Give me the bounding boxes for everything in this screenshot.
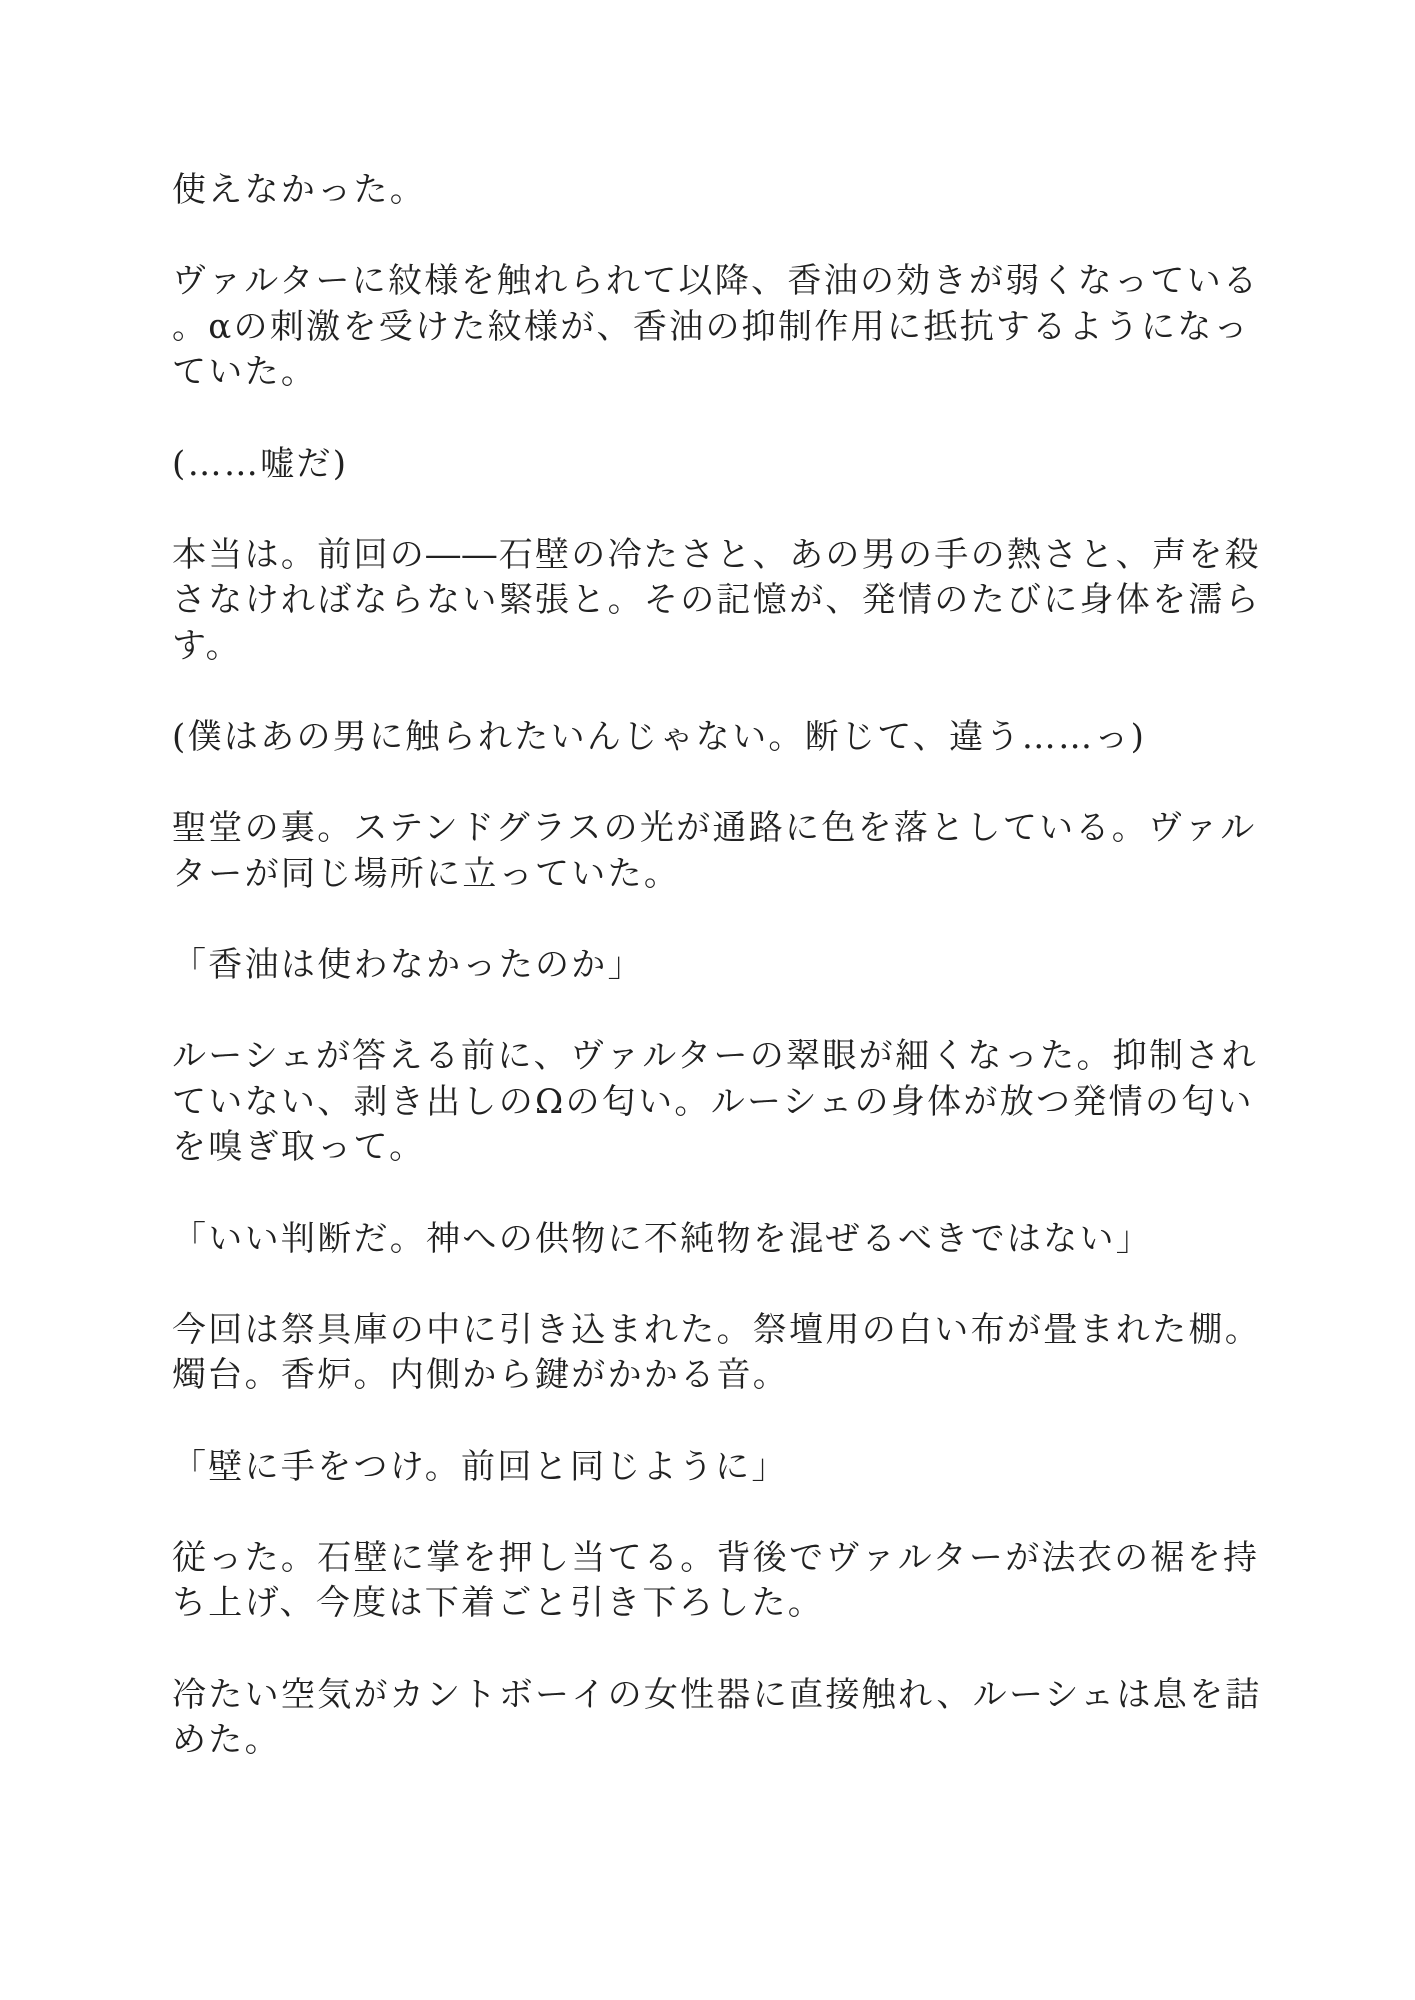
paragraph-narration-1: 使えなかった。 [172,168,1275,214]
paragraph-inner-monologue-2: (僕はあの男に触られたいんじゃない。断じて、違う……っ) [172,715,1275,761]
document-page: 使えなかった。 ヴァルターに紋様を触れられて以降、香油の効きが弱くなっている 。… [0,0,1415,2000]
paragraph-narration-2: ヴァルターに紋様を触れられて以降、香油の効きが弱くなっている 。αの刺激を受けた… [172,259,1275,396]
paragraph-narration-8: 冷たい空気がカントボーイの女性器に直接触れ、ルーシェは息を詰 めた。 [172,1673,1275,1764]
paragraph-narration-5: ルーシェが答える前に、ヴァルターの翠眼が細くなった。抑制され ていない、剥き出し… [172,1034,1275,1171]
paragraph-narration-6: 今回は祭具庫の中に引き込まれた。祭壇用の白い布が畳まれた棚。 燭台。香炉。内側か… [172,1308,1275,1399]
paragraph-inner-monologue-1: (……嘘だ) [172,442,1275,488]
paragraph-narration-7: 従った。石壁に掌を押し当てる。背後でヴァルターが法衣の裾を持 ち上げ、今度は下着… [172,1536,1275,1627]
paragraph-narration-3: 本当は。前回の――石壁の冷たさと、あの男の手の熱さと、声を殺 さなければならない… [172,533,1275,670]
paragraph-dialogue-1: 「香油は使わなかったのか」 [172,943,1275,989]
paragraph-dialogue-2: 「いい判断だ。神への供物に不純物を混ぜるべきではない」 [172,1217,1275,1263]
paragraph-dialogue-3: 「壁に手をつけ。前回と同じように」 [172,1445,1275,1491]
paragraph-narration-4: 聖堂の裏。ステンドグラスの光が通路に色を落としている。ヴァル ターが同じ場所に立… [172,806,1275,897]
